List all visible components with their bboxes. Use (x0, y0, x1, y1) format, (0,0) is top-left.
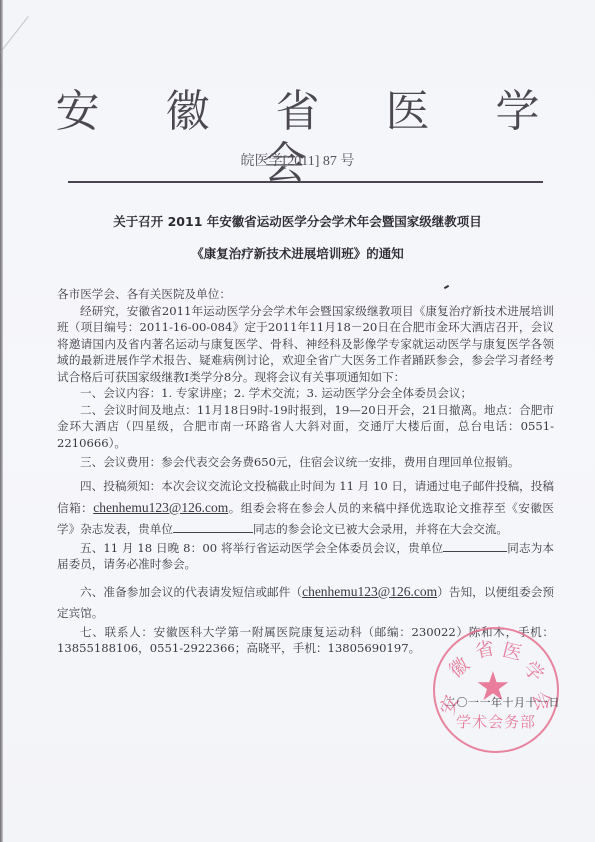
notice-title-line1: 关于召开 2011 年安徽省运动医学分会学术年会暨国家级继教项目 (0, 212, 595, 230)
notice-title-line2: 《康复治疗新技术进展培训班》的通知 (0, 244, 595, 262)
item-6-registration: 六、准备参加会议的代表请发短信或邮件（chenhemu123@126.com）告… (57, 581, 554, 624)
item-2-time-location: 二、会议时间及地点：11月18日9时-19时报到，19—20日开会，21日撤离。… (57, 402, 554, 452)
signature-date: 二〇一一年十月十一日 (445, 694, 560, 710)
item-5-committee-meeting: 五、11 月 18 日晚 8：00 将举行省运动医学会全体委员会议，贵单位同志为… (57, 540, 554, 573)
item-4-text-c: 同志的参会论文已被大会录用，并将在大会交流。 (253, 522, 508, 536)
intro-paragraph: 经研究，安徽省2011年运动医学分会学术年会暨国家级继教项目《康复治疗新技术进展… (57, 303, 554, 386)
organization-title: 安 徽 省 医 学 会 (0, 86, 595, 190)
item-5-text-a: 五、11 月 18 日晚 8：00 将举行省运动医学会全体委员会议，贵单位 (80, 541, 443, 555)
seal-char: 省 (472, 633, 496, 663)
notice-body: 各市医学会、各有关医院及单位： 经研究，安徽省2011年运动医学分会学术年会暨国… (57, 286, 554, 657)
document-page: 安 徽 省 医 学 会 皖医学[2011] 87 号 关于召开 2011 年安徽… (0, 0, 595, 842)
salutation: 各市医学会、各有关医院及单位： (57, 286, 554, 303)
seal-char: 医 (500, 635, 525, 666)
seal-department: 学术会务部 (453, 711, 539, 732)
registration-email-link[interactable]: chenhemu123@126.com (302, 584, 437, 599)
seal-char: 徽 (443, 650, 475, 683)
blank-fill-line (443, 540, 507, 552)
header-divider (68, 181, 543, 183)
official-seal: 安 徽 省 医 学 会 ★ 学术会务部 (433, 627, 559, 753)
item-6-text-a: 六、准备参加会议的代表请发短信或邮件（ (80, 585, 302, 599)
item-4-submission: 四、投稿须知：本次会议交流论文投稿截止时间为 11 月 10 日，请通过电子邮件… (57, 476, 554, 540)
item-3-fees: 三、会议费用：参会代表交会务费650元，住宿会议统一安排，费用自理回单位报销。 (57, 454, 554, 471)
blank-fill-line (173, 521, 253, 533)
seal-char: 学 (518, 654, 551, 687)
item-1-content: 一、会议内容：1. 专家讲座；2. 学术交流；3. 运动医学分会全体委员会议； (57, 385, 554, 402)
submission-email-link[interactable]: chenhemu123@126.com (93, 500, 228, 515)
scan-artifact-mark (0, 16, 29, 61)
document-number: 皖医学[2011] 87 号 (0, 150, 595, 170)
